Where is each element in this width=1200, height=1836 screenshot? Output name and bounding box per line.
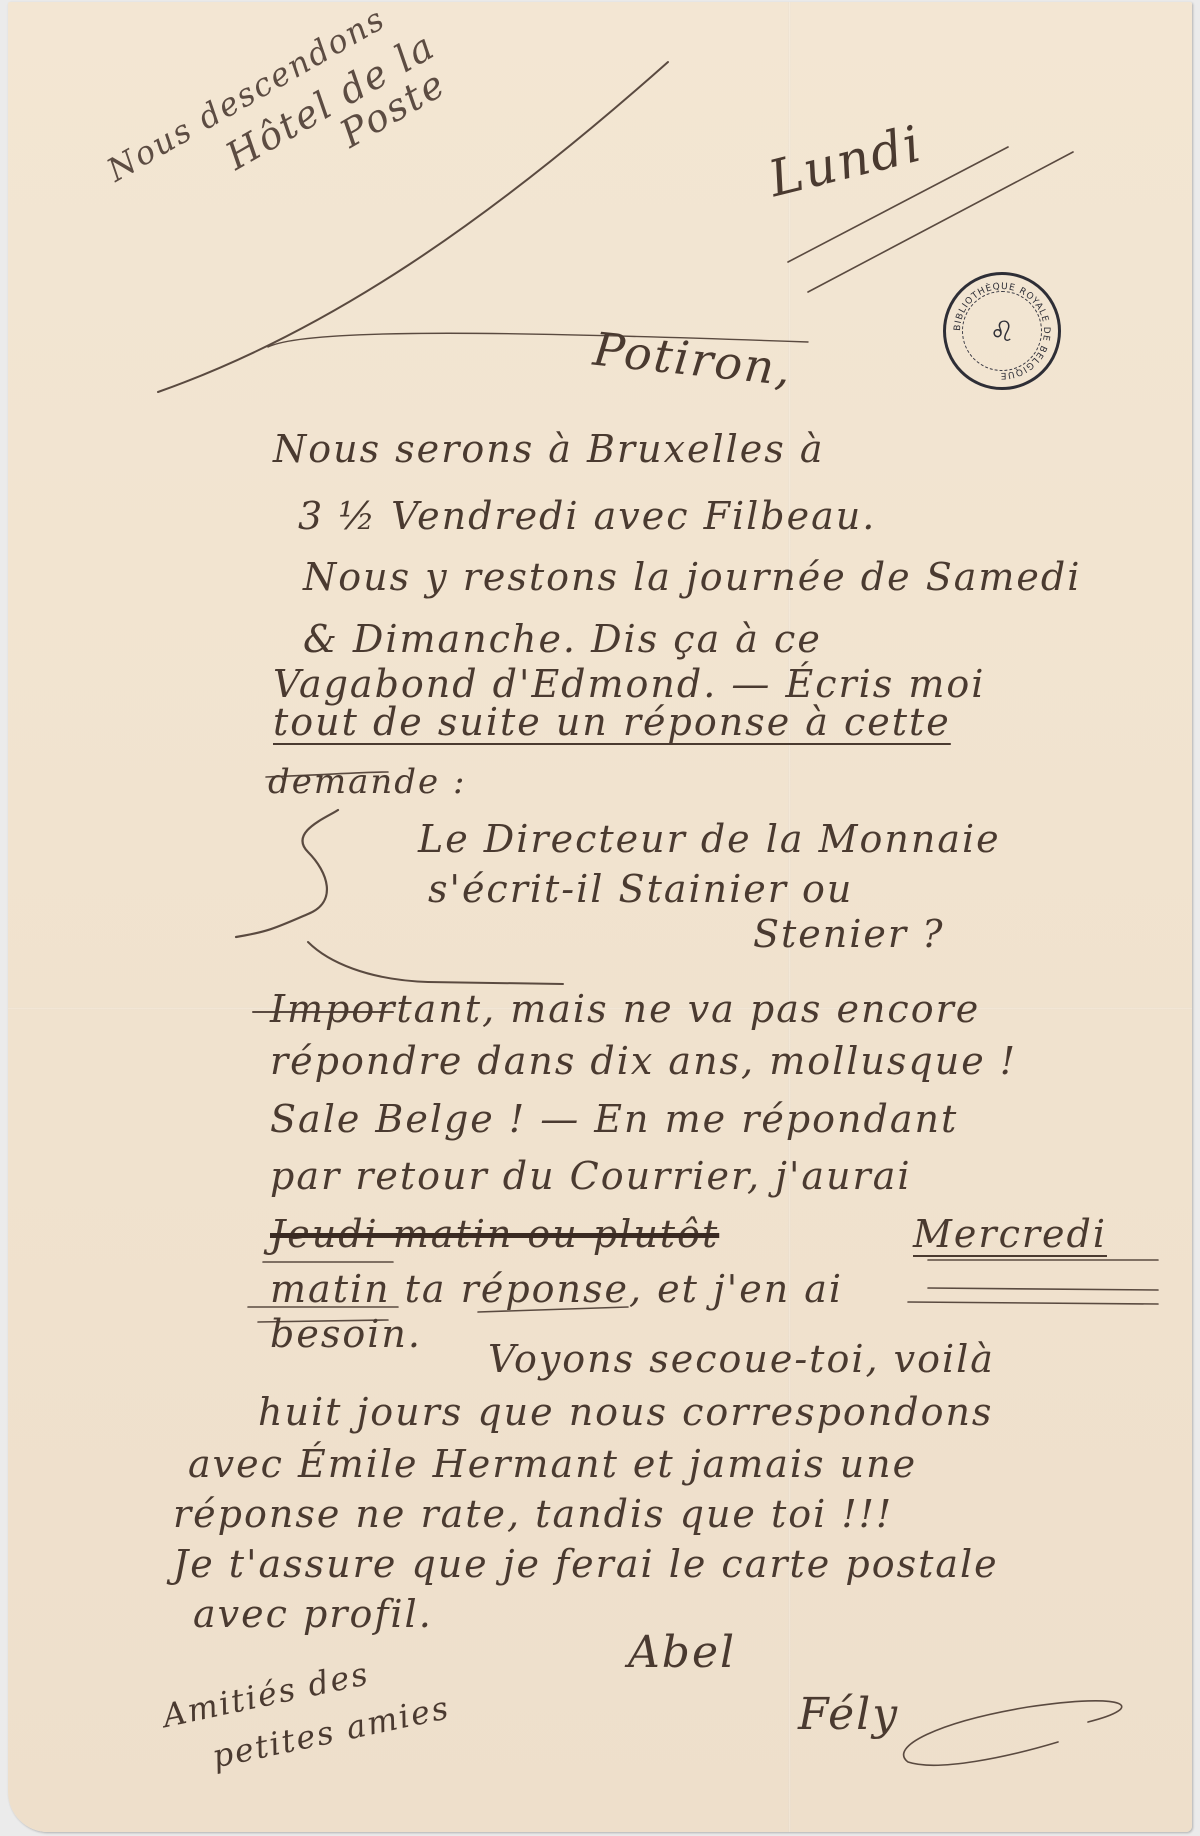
question-line-3: Stenier ? xyxy=(753,912,945,956)
stamp-ring-text: BIBLIOTHÈQUE ROYALE DE BELGIQUE xyxy=(946,275,1058,387)
body-line-11: Important, mais ne va pas encore xyxy=(270,987,980,1031)
body-line-21: réponse ne rate, tandis que toi !!! xyxy=(173,1492,893,1536)
letter-paper: Nous descendons Hôtel de la Poste Lundi … xyxy=(8,2,1192,1832)
body-line-17: besoin. xyxy=(270,1312,422,1356)
body-line-2: 3 ½ Vendredi avec Filbeau. xyxy=(298,494,876,538)
svg-text:BIBLIOTHÈQUE ROYALE DE BELGIQU: BIBLIOTHÈQUE ROYALE DE BELGIQUE xyxy=(953,281,1051,380)
closing-note: Amitiés des petites amies xyxy=(158,1633,455,1789)
library-stamp: BIBLIOTHÈQUE ROYALE DE BELGIQUE ♌ xyxy=(943,272,1061,390)
body-line-6: tout de suite un réponse à cette xyxy=(273,700,951,744)
body-line-4: & Dimanche. Dis ça à ce xyxy=(303,617,822,661)
body-line-15: Mercredi xyxy=(913,1212,1107,1256)
body-line-14: par retour du Courrier, j'aurai xyxy=(270,1154,912,1198)
body-line-12: répondre dans dix ans, mollusque ! xyxy=(270,1039,1017,1083)
body-line-16: matin ta réponse, et j'en ai xyxy=(270,1267,843,1311)
body-line-7: demande : xyxy=(268,762,466,802)
struck-text: Jeudi matin ou plutôt xyxy=(270,1212,719,1256)
body-line-23: avec profil. xyxy=(193,1592,433,1636)
body-line-20: avec Émile Hermant et jamais une xyxy=(188,1442,917,1486)
signature-line1: Abel xyxy=(628,1622,899,1684)
body-line-1: Nous serons à Bruxelles à xyxy=(273,427,825,471)
body-line-19: huit jours que nous correspondons xyxy=(258,1390,993,1434)
signature-line2: Fély xyxy=(628,1684,899,1746)
margin-note: Nous descendons Hôtel de la Poste xyxy=(98,2,463,268)
body-line-18: Voyons secoue-toi, voilà xyxy=(488,1337,995,1381)
body-line-13: Sale Belge ! — En me répondant xyxy=(270,1097,958,1141)
body-line-22: Je t'assure que je ferai le carte postal… xyxy=(173,1542,999,1586)
body-line-3: Nous y restons la journée de Samedi xyxy=(303,555,1081,599)
question-line-2: s'écrit-il Stainier ou xyxy=(428,867,853,911)
signature: Abel Fély xyxy=(628,1622,899,1746)
salutation: Potiron, xyxy=(591,322,795,397)
question-line-1: Le Directeur de la Monnaie xyxy=(418,817,1001,861)
